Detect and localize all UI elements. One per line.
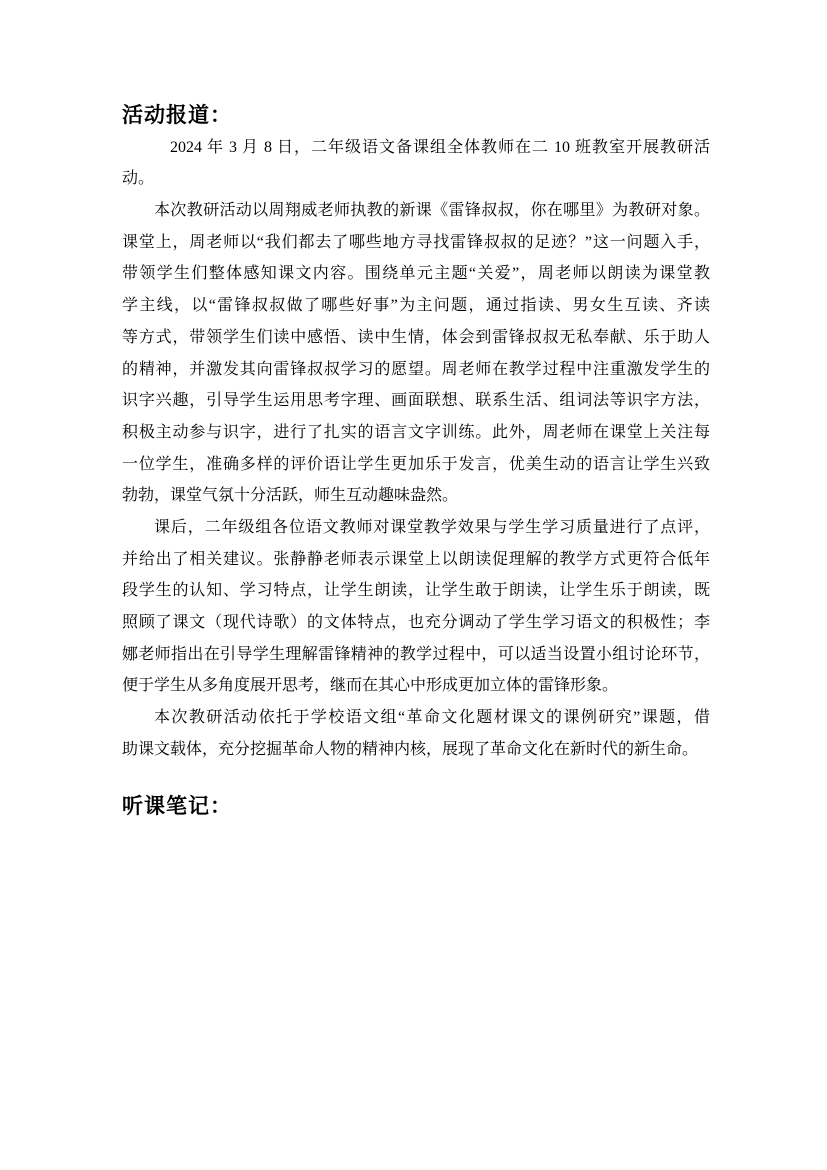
paragraph-review: 课后，二年级组各位语文教师对课堂教学效果与学生学习质量进行了点评， 并给出了相关…: [122, 512, 710, 702]
document-body: 活动报道： 2024 年 3 月 8 日，二年级语文备课组全体教师在二 10 班…: [122, 100, 710, 823]
notes-heading: 听课笔记：: [122, 791, 710, 823]
paragraph-date: 2024 年 3 月 8 日，二年级语文备课组全体教师在二 10 班教室开展教研…: [122, 132, 710, 195]
text-line: 识字兴趣，引导学生运用思考字理、画面联想、联系生活、组词法等识字方法，: [122, 385, 710, 417]
paragraph-lesson: 本次教研活动以周翔威老师执教的新课《雷锋叔叔，你在哪里》为教研对象。 课堂上，周…: [122, 195, 710, 512]
text-line: 的精神，并激发其向雷锋叔叔学习的愿望。周老师在教学过程中注重激发学生的: [122, 354, 710, 386]
text-line: 助课文载体，充分挖掘革命人物的精神内核，展现了革命文化在新时代的新生命。: [122, 734, 710, 766]
text-line: 娜老师指出在引导学生理解雷锋精神的教学过程中，可以适当设置小组讨论环节，: [122, 639, 710, 671]
text-line: 动。: [122, 163, 710, 195]
text-line: 勃勃，课堂气氛十分活跃，师生互动趣味盎然。: [122, 480, 710, 512]
text-line: 学主线，以“雷锋叔叔做了哪些好事”为主问题，通过指读、男女生互读、齐读: [122, 290, 710, 322]
text-line: 并给出了相关建议。张静静老师表示课堂上以朗读促理解的教学方式更符合低年: [122, 544, 710, 576]
paragraph-summary: 本次教研活动依托于学校语文组“革命文化题材课文的课例研究”课题，借 助课文载体，…: [122, 702, 710, 765]
text-line: 段学生的认知、学习特点，让学生朗读，让学生敢于朗读，让学生乐于朗读，既: [122, 575, 710, 607]
report-heading: 活动报道：: [122, 100, 710, 132]
text-line: 本次教研活动依托于学校语文组“革命文化题材课文的课例研究”课题，借: [122, 702, 710, 734]
text-line: 等方式，带领学生们读中感悟、读中生情，体会到雷锋叔叔无私奉献、乐于助人: [122, 322, 710, 354]
text-line: 课后，二年级组各位语文教师对课堂教学效果与学生学习质量进行了点评，: [122, 512, 710, 544]
text-line: 积极主动参与识字，进行了扎实的语言文字训练。此外，周老师在课堂上关注每: [122, 417, 710, 449]
document-page: 活动报道： 2024 年 3 月 8 日，二年级语文备课组全体教师在二 10 班…: [0, 0, 827, 1170]
text-line: 2024 年 3 月 8 日，二年级语文备课组全体教师在二 10 班教室开展教研…: [122, 132, 710, 164]
text-line: 课堂上，周老师以“我们都去了哪些地方寻找雷锋叔叔的足迹？”这一问题入手，: [122, 227, 710, 259]
text-line: 照顾了课文（现代诗歌）的文体特点，也充分调动了学生学习语文的积极性；李: [122, 607, 710, 639]
text-line: 一位学生，准确多样的评价语让学生更加乐于发言，优美生动的语言让学生兴致: [122, 449, 710, 481]
text-line: 带领学生们整体感知课文内容。围绕单元主题“关爱”，周老师以朗读为课堂教: [122, 258, 710, 290]
text-line: 本次教研活动以周翔威老师执教的新课《雷锋叔叔，你在哪里》为教研对象。: [122, 195, 710, 227]
text-line: 便于学生从多角度展开思考，继而在其心中形成更加立体的雷锋形象。: [122, 670, 710, 702]
